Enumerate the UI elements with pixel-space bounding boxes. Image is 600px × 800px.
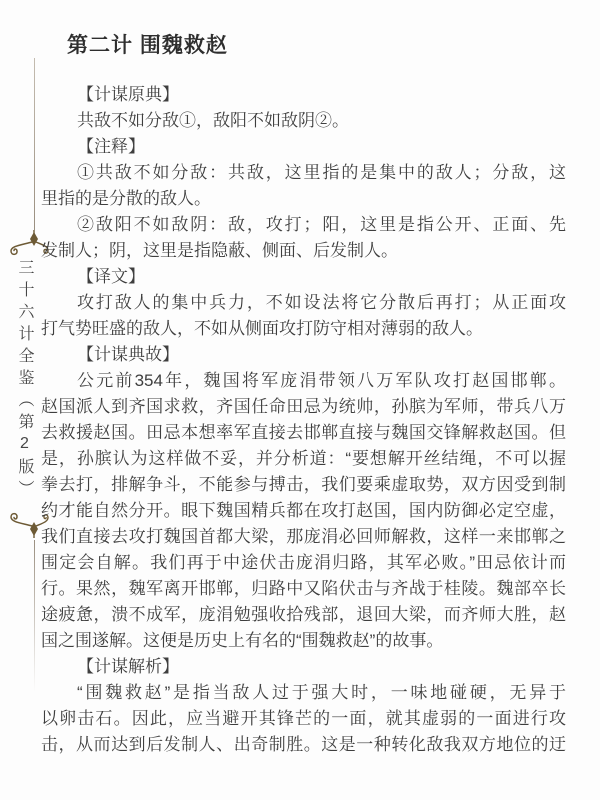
text-line: 约才能自然分开。眼下魏国精兵都在攻打赵国，国内防御必定空虚， [41,498,566,524]
series-title-part: 三十六计全鉴（第 [16,259,33,435]
chapter-title: 第二计 围魏救赵 [67,29,228,59]
text-line: 攻打敌人的集中兵力，不如设法将它分散后再打；从正面攻 [41,290,566,316]
reading-page[interactable]: 三十六计全鉴（第2版） 第二计 围魏救赵 【计谋原典】共敌不如分敌①，敌阳不如敌… [0,0,600,800]
text-line: 【计谋解析】 [41,654,566,680]
series-title-edition-digit: 2 [16,435,33,458]
sidebar-divider-line-bottom [34,540,35,692]
text-line: 去救援赵国。田忌本想率军直接去邯郸直接与魏国交锋解救赵国。但 [41,420,566,446]
text-line: 共敌不如分敌①，敌阳不如敌阴②。 [41,108,566,134]
series-title-part: 版） [16,458,33,502]
text-line: 击，从而达到后发制人、出奇制胜。这是一种转化敌我双方地位的迂 [41,732,566,758]
text-line: 【注释】 [41,134,566,160]
text-line: 里指的是分散的敌人。 [41,186,566,212]
text-line: 以卵击石。因此，应当避开其锋芒的一面，就其虚弱的一面进行攻 [41,706,566,732]
text-line: 打气势旺盛的敌人，不如从侧面攻打防守相对薄弱的敌人。 [41,316,566,342]
text-line: “围魏救赵”是指当敌人过于强大时，一味地碰硬，无异于 [41,680,566,706]
text-line: 是，孙膑认为这样做不妥，并分析道：“要想解开丝结绳，不可以握 [41,446,566,472]
text-line: 拳去打，排解争斗，不能参与搏击，我们要乘虚取势，双方因受到制 [41,472,566,498]
text-line: 赵国派人到齐国求救，齐国任命田忌为统帅，孙膑为军师，带兵八万 [41,394,566,420]
text-line: 我们直接去攻打魏国首都大梁，那庞涓必回师解救，这样一来邯郸之 [41,524,566,550]
text-line: 途疲惫，溃不成军，庞涓勉强收拾残部，退回大梁，而齐师大胜，赵 [41,602,566,628]
text-line: ②敌阳不如敌阴：敌，攻打；阳，这里是指公开、正面、先 [41,212,566,238]
content-lines: 【计谋原典】共敌不如分敌①，敌阳不如敌阴②。【注释】①共敌不如分敌：共敌，这里指… [41,82,566,758]
text-line: 围定会自解。我们再于中途伏击庞涓归路，其军必败。”田忌依计而 [41,550,566,576]
text-line: 【译文】 [41,264,566,290]
text-line: 发制人；阴，这里是指隐蔽、侧面、后发制人。 [41,238,566,264]
text-line: 行。果然，魏军离开邯郸，归路中又陷伏击与齐战于桂陵。魏部卒长 [41,576,566,602]
book-series-vertical-title: 三十六计全鉴（第2版） [7,259,41,515]
text-line: 公元前354年，魏国将军庞涓带领八万军队攻打赵国邯郸。 [41,368,566,394]
text-line: 【计谋典故】 [41,342,566,368]
text-line: ①共敌不如分敌：共敌，这里指的是集中的敌人；分敌，这 [41,160,566,186]
text-line: 国之围遂解。这便是历史上有名的“围魏救赵”的故事。 [41,628,566,654]
text-line: 【计谋原典】 [41,82,566,108]
sidebar-divider-line-top [34,58,35,230]
